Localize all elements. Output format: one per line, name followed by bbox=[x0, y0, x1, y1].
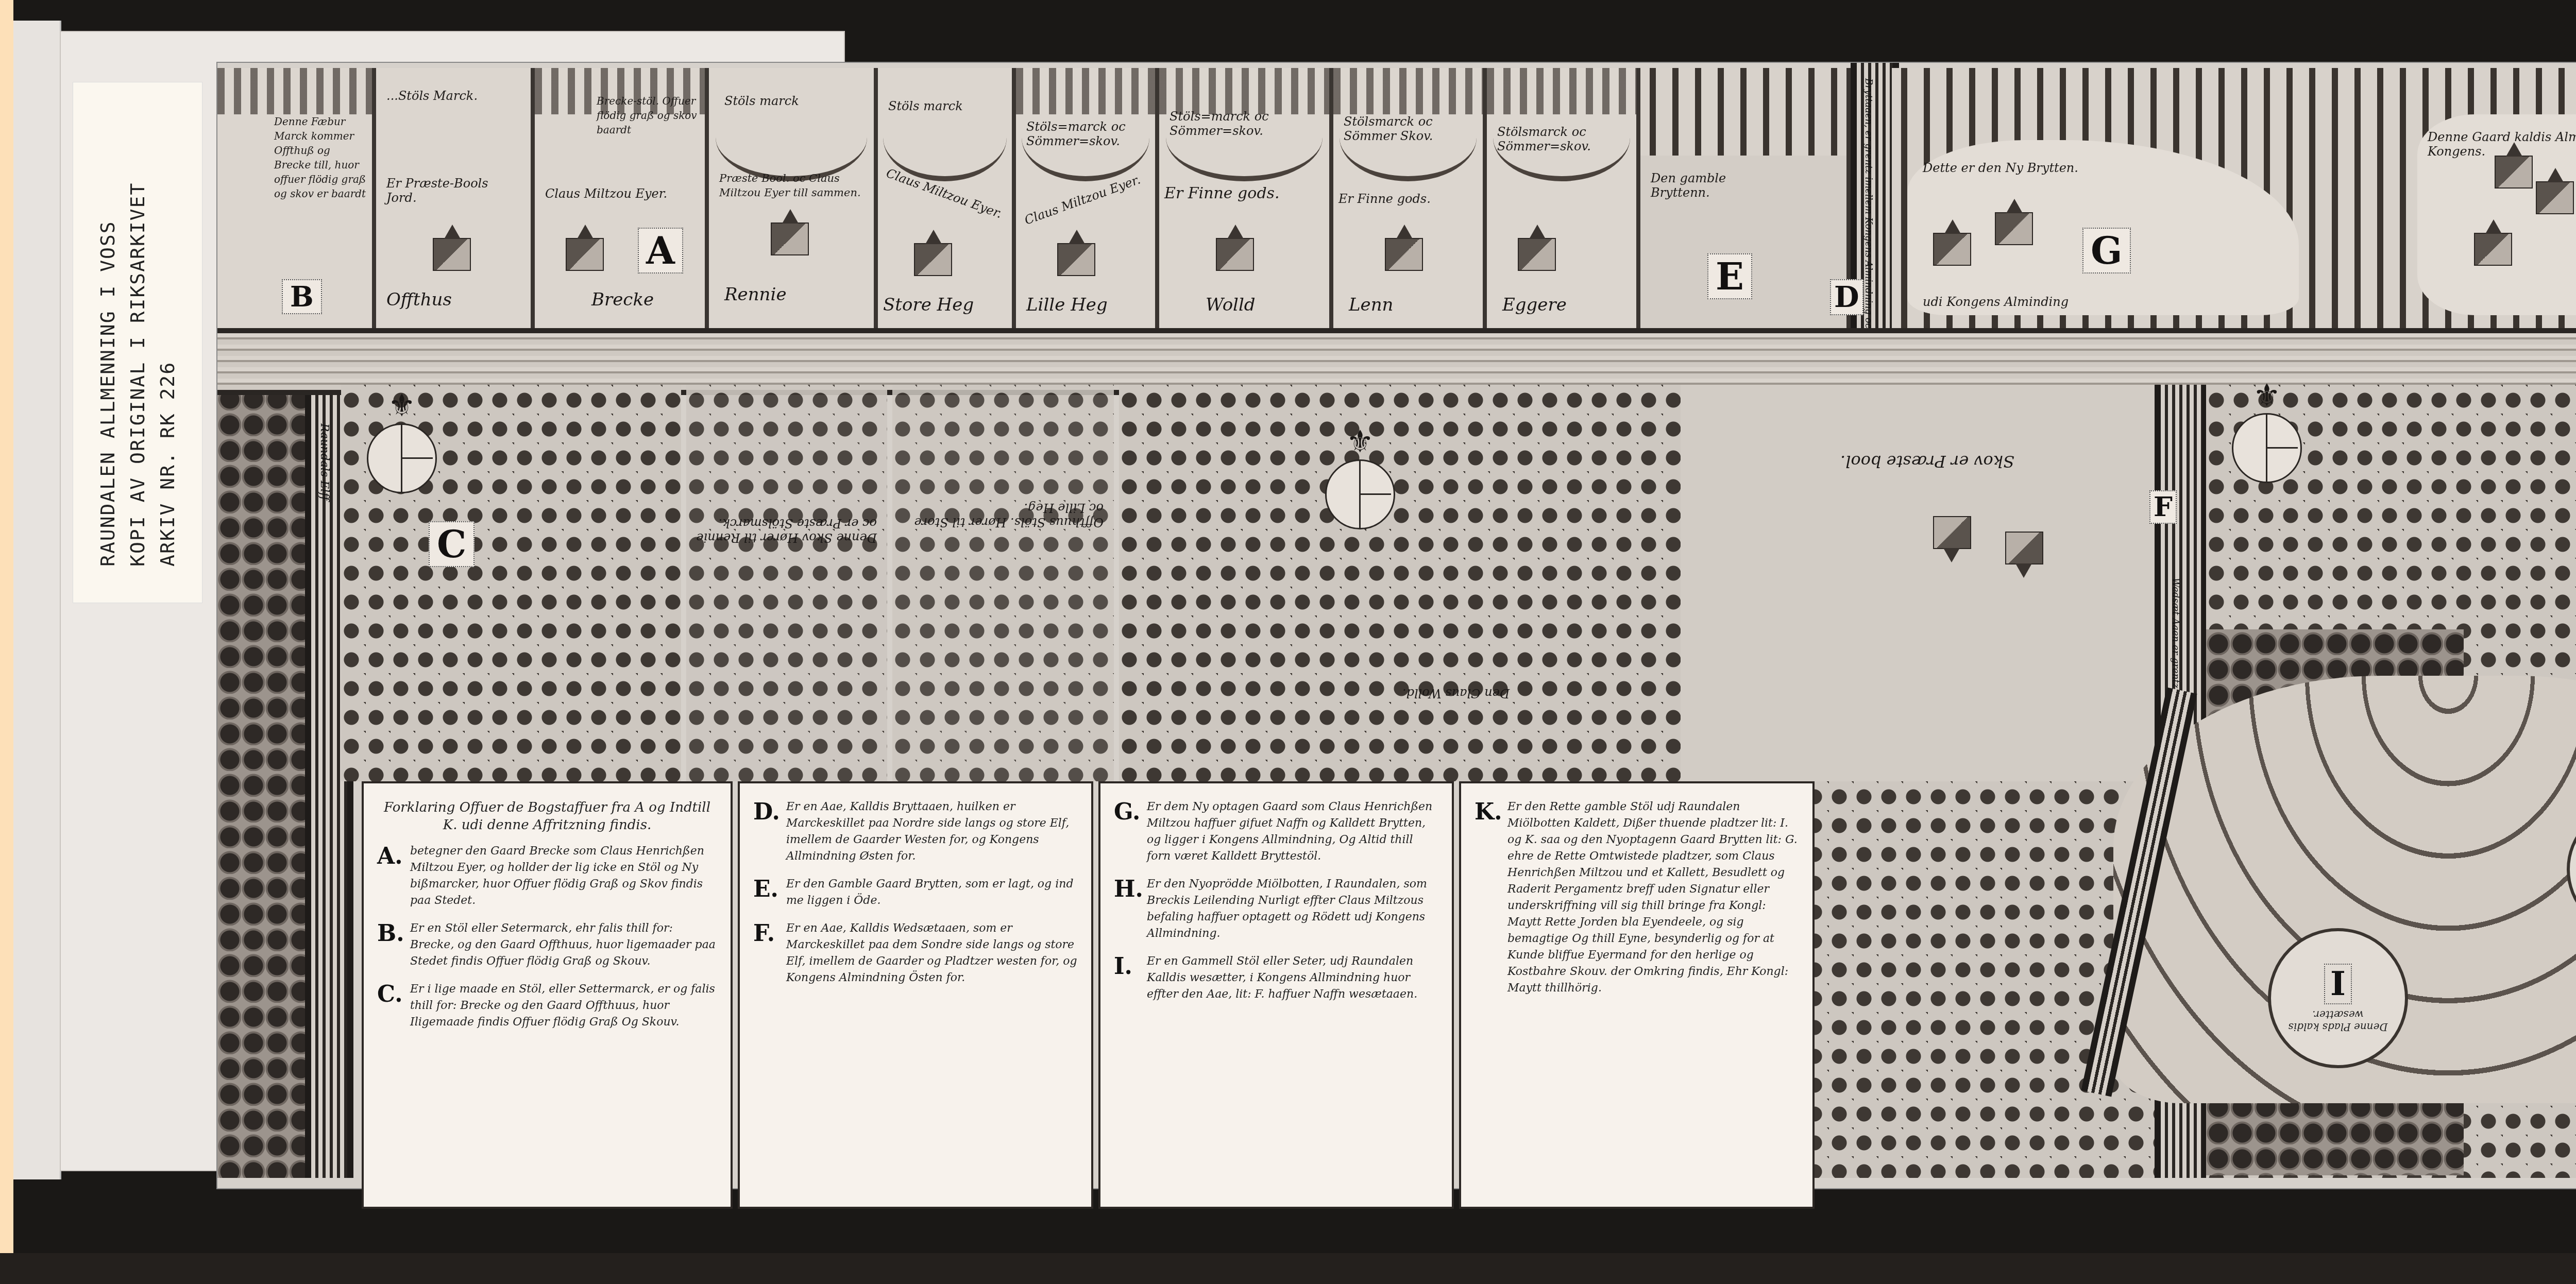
legend-panel-k: K. Er den Rette gamble Stöl udj Raundale… bbox=[1459, 781, 1815, 1209]
strip-e-note: Den gamble Bryttenn. bbox=[1651, 171, 1749, 200]
strip-b: Denne Fæbur Marck kommer Offthuß og Brec… bbox=[217, 68, 376, 328]
strip-a: Brecke-stöl. Offuer flödig graß og skov … bbox=[535, 68, 709, 328]
archive-label-title: RAUNDALEN ALLMENNING I VOSS bbox=[93, 82, 123, 567]
strip-e: Den gamble Bryttenn. E bbox=[1640, 68, 1851, 328]
legend-key: I. bbox=[1114, 953, 1147, 1003]
church-icon bbox=[566, 238, 604, 271]
legend-text: Er dem Ny optagen Gaard som Claus Henric… bbox=[1147, 799, 1438, 865]
fleur-de-lis-icon: ⚜ bbox=[388, 388, 416, 424]
c-river-label: Raundals Elff bbox=[318, 423, 331, 501]
legend-text: Er den Gamble Gaard Brytten, som er lagt… bbox=[786, 876, 1078, 909]
g-note-kongens: Denne Gaard kaldis Alminding Er Kongens. bbox=[2428, 130, 2576, 159]
strip-ofthus-top-note: ...Stöls Marck. bbox=[386, 89, 478, 103]
farm-name-brecke: Brecke bbox=[591, 289, 654, 310]
mixed-woodland bbox=[1640, 68, 1846, 156]
farmhouse-icon bbox=[1057, 243, 1095, 276]
legend-heading: Forklaring Offuer de Bogstaffuer fra A o… bbox=[377, 799, 717, 834]
strip-store-heg: Stöls marck Claus Miltzou Eyer. Store He… bbox=[878, 68, 1016, 328]
letter-c: C bbox=[429, 521, 474, 567]
archive-label-card: RAUNDALEN ALLMENNING I VOSS KOPI AV ORIG… bbox=[73, 82, 202, 603]
farmhouse-icon bbox=[2005, 532, 2043, 564]
legend-entry: F. Er en Aae, Kalldis Wedsætaaen, som er… bbox=[753, 920, 1078, 986]
strip-rennie-note: Præste Bool. oc Claus Miltzou Eyer till … bbox=[719, 171, 869, 200]
legend-panel-ghi: G. Er dem Ny optagen Gaard som Claus Hen… bbox=[1098, 781, 1454, 1209]
letter-e: E bbox=[1707, 253, 1752, 299]
archive-label-source: KOPI AV ORIGINAL I RIKSARKIVET bbox=[123, 82, 152, 567]
legend-entry: B. Er en Stöl eller Setermarck, ehr fali… bbox=[377, 920, 717, 970]
farmhouse-icon bbox=[2536, 181, 2574, 214]
legend-key: G. bbox=[1114, 799, 1147, 865]
legend-entry: E. Er den Gamble Gaard Brytten, som er l… bbox=[753, 876, 1078, 909]
g-note-ny-brytten: Dette er den Ny Brytten. bbox=[1923, 161, 2078, 175]
farm-name-lenn: Lenn bbox=[1349, 295, 1394, 315]
farmhouse-icon bbox=[771, 222, 809, 255]
farmhouse-icon bbox=[433, 238, 471, 271]
strip-lenn-note: Er Finne gods. bbox=[1338, 192, 1431, 206]
historical-map: Raundals Elff Denne Fæbur Marck kommer O… bbox=[216, 62, 2576, 1189]
legend-key: D. bbox=[753, 799, 786, 865]
g-note-alminding: udi Kongens Alminding bbox=[1923, 295, 2069, 309]
farm-name-ofthus: Offthus bbox=[386, 289, 452, 310]
farmhouse-icon bbox=[914, 243, 952, 276]
legend-key: H. bbox=[1114, 876, 1147, 942]
adjacent-page-fragment bbox=[13, 21, 61, 1179]
legend-text: betegner den Gaard Brecke som Claus Henr… bbox=[410, 843, 717, 909]
legend-key: A. bbox=[377, 843, 410, 909]
strip-eggere: Stölsmarck oc Sömmer=skov. Eggere bbox=[1487, 68, 1640, 328]
legend-entry: C. Er i lige maade en Stöl, eller Setter… bbox=[377, 981, 717, 1031]
heg-forest-note: Offthuus Stöls. Hører til Store oc Lille… bbox=[897, 501, 1104, 529]
legend-text: Er en Gammell Stöl eller Seter, udj Raun… bbox=[1147, 953, 1438, 1003]
photo-border-bottom bbox=[0, 1253, 2576, 1284]
farmhouse-icon bbox=[1933, 516, 1971, 549]
letter-f: F bbox=[2149, 490, 2177, 524]
strip-a-note: Claus Miltzou Eyer. bbox=[545, 186, 667, 201]
letter-g: G bbox=[2082, 228, 2131, 273]
legend-entry: K. Er den Rette gamble Stöl udj Raundale… bbox=[1475, 799, 1799, 997]
farmhouse-icon bbox=[1995, 212, 2033, 245]
legend-text: Er en Aae, Kalldis Wedsætaaen, som er Ma… bbox=[786, 920, 1078, 986]
praestebool-note: Skov er Præste bool. bbox=[1840, 454, 2014, 469]
strip-store-heg-top-note: Stöls marck bbox=[888, 99, 963, 113]
scan-edge bbox=[0, 0, 13, 1284]
archive-label-number: ARKIV NR. RK 226 bbox=[152, 82, 182, 567]
farm-name-rennie: Rennie bbox=[724, 284, 787, 305]
farm-name-eggere: Eggere bbox=[1502, 295, 1567, 315]
fleur-de-lis-icon: ⚜ bbox=[2253, 378, 2281, 414]
legend-entry: G. Er dem Ny optagen Gaard som Claus Hen… bbox=[1114, 799, 1438, 865]
legend-panel-abc: Forklaring Offuer de Bogstaffuer fra A o… bbox=[362, 781, 733, 1209]
legend-text: Er i lige maade en Stöl, eller Settermar… bbox=[410, 981, 717, 1031]
legend-key: K. bbox=[1475, 799, 1507, 997]
farm-strips-band: Denne Fæbur Marck kommer Offthuß og Brec… bbox=[217, 63, 2576, 328]
fleur-de-lis-icon: ⚜ bbox=[1346, 424, 1374, 460]
rennie-forest-note: Denne Skov Hører til Rennie oc er Præste… bbox=[691, 516, 877, 545]
legend-text: Er den Nyoprödde Miölbotten, I Raundalen… bbox=[1147, 876, 1438, 942]
farm-name-lille-heg: Lille Heg bbox=[1026, 295, 1108, 315]
farmhouse-icon bbox=[2495, 156, 2533, 189]
legend-entry: D. Er en Aae, Kalldis Bryttaaen, huilken… bbox=[753, 799, 1078, 865]
letter-a: A bbox=[638, 228, 683, 273]
strip-rennie: Stöls marck Præste Bool. oc Claus Miltzo… bbox=[709, 68, 878, 328]
strip-eggere-top-note: Stölsmarck oc Sömmer=skov. bbox=[1497, 125, 1616, 153]
legend-text: Er en Aae, Kalldis Bryttaaen, huilken er… bbox=[786, 799, 1078, 865]
i-circle-text: Denne Plads kaldis wesætter. bbox=[2271, 1008, 2405, 1033]
legend-key: B. bbox=[377, 920, 410, 970]
farmhouse-icon bbox=[1933, 233, 1971, 266]
strip-rennie-top-note: Stöls marck bbox=[724, 94, 799, 108]
wolld-forest-note: Den Claus Wolld. bbox=[1402, 686, 1510, 700]
wolld-forest bbox=[1119, 385, 1681, 781]
legend-key: F. bbox=[753, 920, 786, 986]
legend-entry: A. betegner den Gaard Brecke som Claus H… bbox=[377, 843, 717, 909]
legend-text: Er den Rette gamble Stöl udj Raundalen M… bbox=[1507, 799, 1799, 997]
legend-text: Er en Stöl eller Setermarck, ehr falis t… bbox=[410, 920, 717, 970]
strip-wolld-note: Er Finne gods. bbox=[1164, 186, 1280, 201]
d-river-label: Bryttaaen, er grentz imellem Kongens Alm… bbox=[1863, 78, 1874, 365]
compass-rose-icon: ⚜ bbox=[2232, 413, 2302, 483]
strip-lenn-top-note: Stölsmarck oc Sömmer Skov. bbox=[1344, 114, 1472, 143]
rennie-forest bbox=[686, 385, 887, 781]
legend-key: E. bbox=[753, 876, 786, 909]
strip-lille-heg: Stöls=marck oc Sömmer=skov. Claus Miltzo… bbox=[1016, 68, 1159, 328]
compass-rose-icon: ⚜ bbox=[1325, 459, 1395, 529]
farmhouse-icon bbox=[1385, 238, 1423, 271]
strip-lille-heg-top-note: Stöls=marck oc Sömmer=skov. bbox=[1026, 119, 1145, 148]
legend-entry: H. Er den Nyoprödde Miölbotten, I Raunda… bbox=[1114, 876, 1438, 942]
circle-i: I Denne Plads kaldis wesætter. bbox=[2268, 928, 2408, 1068]
farm-name-store-heg: Store Heg bbox=[883, 295, 974, 315]
strip-lenn: Stölsmarck oc Sömmer Skov. Er Finne gods… bbox=[1333, 68, 1487, 328]
tree-line bbox=[217, 68, 372, 114]
strip-wolld-top-note: Stöls=marck oc Sömmer=skov. bbox=[1170, 109, 1314, 138]
letter-d: D bbox=[1830, 279, 1863, 315]
letter-b: B bbox=[282, 279, 322, 314]
strip-ofthus: ...Stöls Marck. Er Præste-Bools Jord. Of… bbox=[376, 68, 535, 328]
legend-key: C. bbox=[377, 981, 410, 1031]
strip-ofthus-note: Er Præste-Bools Jord. bbox=[386, 176, 500, 205]
farm-name-wolld: Wolld bbox=[1206, 295, 1256, 315]
strip-a-top-note: Brecke-stöl. Offuer flödig graß og skov … bbox=[597, 94, 700, 137]
k-circle-text: Dette er den rette Miölbotten. bbox=[2570, 880, 2576, 904]
strip-b-note: Denne Fæbur Marck kommer Offthuß og Brec… bbox=[274, 114, 367, 201]
strip-wolld: Stöls=marck oc Sömmer=skov. Er Finne god… bbox=[1159, 68, 1333, 328]
farmhouse-icon bbox=[1216, 238, 1254, 271]
compass-rose-icon: ⚜ bbox=[367, 423, 437, 493]
farmhouse-icon bbox=[1518, 238, 1556, 271]
farmhouse-icon bbox=[2474, 233, 2512, 266]
legend-panel-def: D. Er en Aae, Kalldis Bryttaaen, huilken… bbox=[738, 781, 1093, 1209]
heg-forest bbox=[892, 385, 1114, 781]
letter-i: I bbox=[2324, 964, 2352, 1004]
legend-entry: I. Er en Gammell Stöl eller Seter, udj R… bbox=[1114, 953, 1438, 1003]
